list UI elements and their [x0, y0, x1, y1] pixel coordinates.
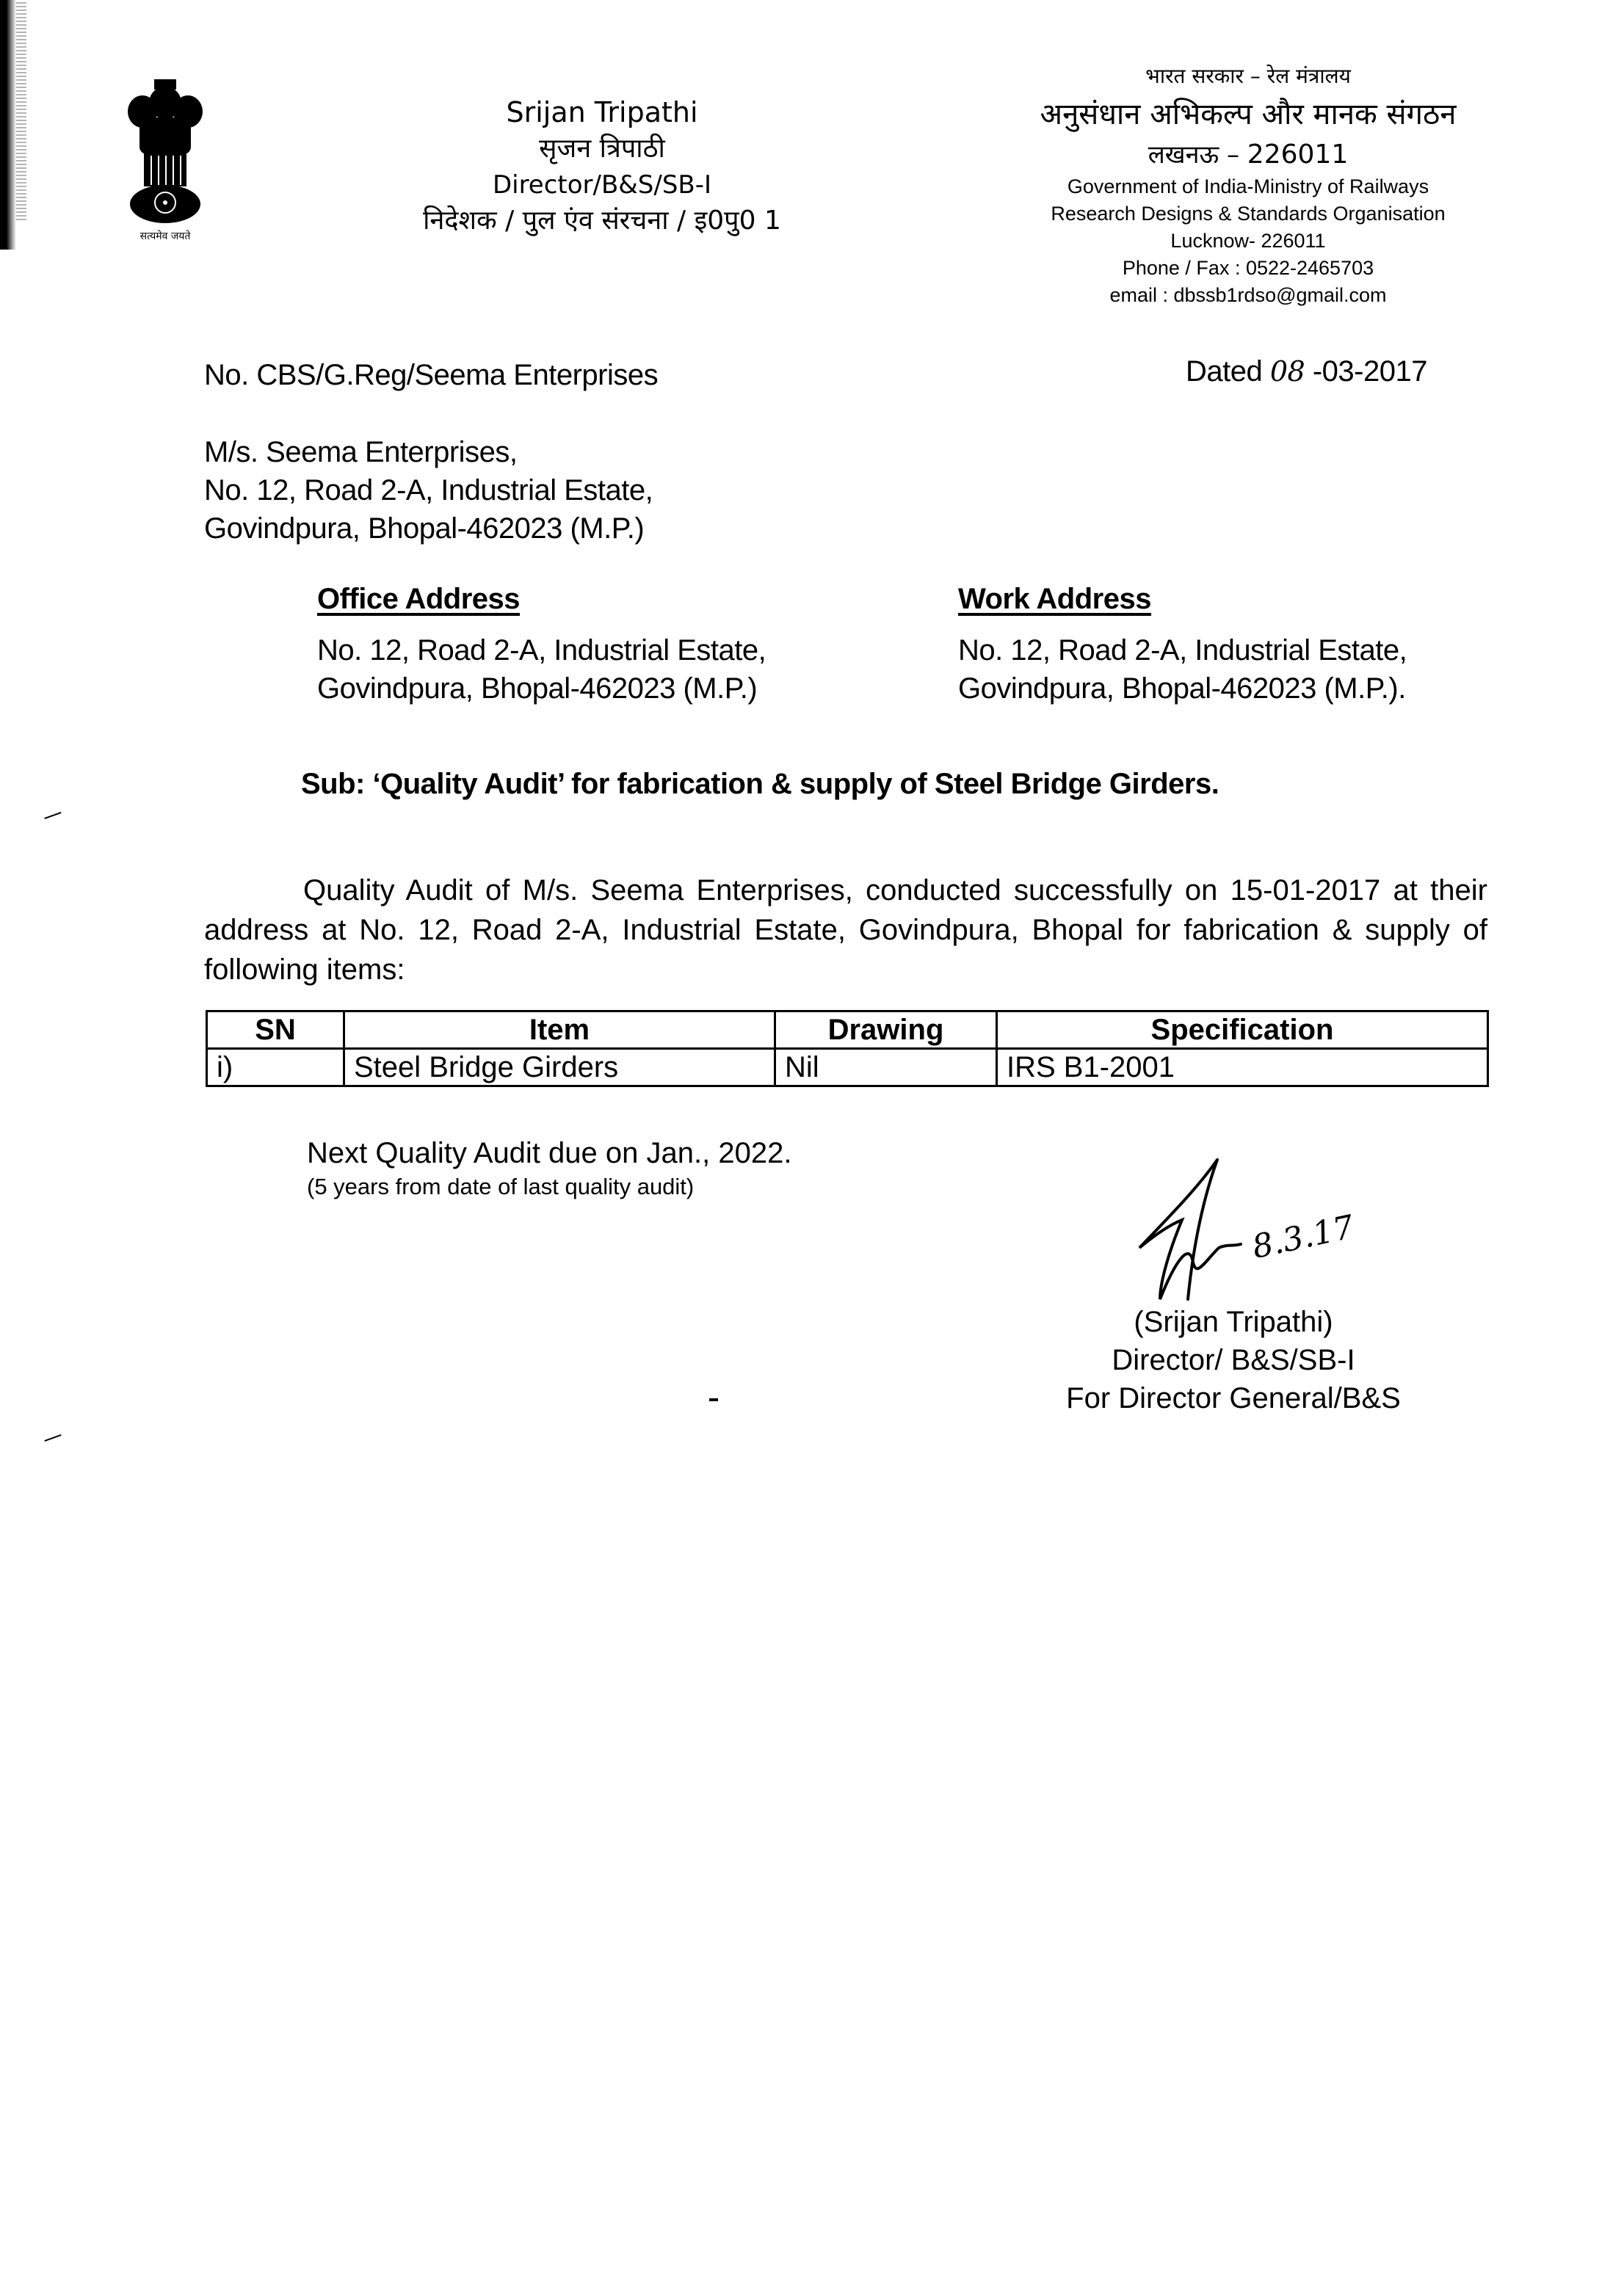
officer-name-hi: सृजन त्रिपाठी	[352, 131, 852, 167]
signatory-name: (Srijan Tripathi)	[976, 1303, 1490, 1341]
national-emblem-icon	[117, 73, 213, 228]
office-address-line: Govindpura, Bhopal-462023 (M.P.)	[317, 669, 766, 708]
signatory-block: (Srijan Tripathi) Director/ B&S/SB-I For…	[976, 1303, 1490, 1417]
table-row: i) Steel Bridge Girders Nil IRS B1-2001	[207, 1049, 1488, 1086]
next-audit-block: Next Quality Audit due on Jan., 2022. (5…	[307, 1134, 791, 1202]
cell-drawing: Nil	[775, 1049, 997, 1086]
cell-sn: i)	[207, 1049, 344, 1086]
reference-number: No. CBS/G.Reg/Seema Enterprises	[204, 356, 658, 394]
org-line-en-2: Research Designs & Standards Organisatio…	[954, 200, 1542, 228]
organisation-block: भारत सरकार – रेल मंत्रालय अनुसंधान अभिकल…	[954, 60, 1542, 309]
subject-line: Sub: ‘Quality Audit’ for fabrication & s…	[301, 765, 1219, 803]
work-address: Work Address No. 12, Road 2-A, Industria…	[958, 580, 1407, 708]
addressee-line: M/s. Seema Enterprises,	[204, 433, 653, 471]
signatory-designation: Director/ B&S/SB-I	[976, 1341, 1490, 1379]
org-line-hi-3: लखनऊ – 226011	[954, 137, 1542, 173]
work-address-line: Govindpura, Bhopal-462023 (M.P.).	[958, 669, 1407, 708]
dated-handwritten-day: 08	[1270, 355, 1305, 388]
column-header-drawing: Drawing	[775, 1011, 997, 1049]
scan-speck	[709, 1398, 718, 1401]
org-email: email : dbssb1rdso@gmail.com	[954, 282, 1542, 309]
scan-speck	[44, 1434, 61, 1442]
body-paragraph: Quality Audit of M/s. Seema Enterprises,…	[204, 871, 1487, 989]
org-line-en-3: Lucknow- 226011	[954, 228, 1542, 255]
items-table: SN Item Drawing Specification i) Steel B…	[206, 1010, 1489, 1087]
org-pin: 226011	[1247, 139, 1348, 170]
office-address-line: No. 12, Road 2-A, Industrial Estate,	[317, 631, 766, 669]
cell-item: Steel Bridge Girders	[344, 1049, 775, 1086]
org-city-hi: लखनऊ –	[1148, 140, 1239, 170]
officer-block: Srijan Tripathi सृजन त्रिपाठी Director/B…	[352, 94, 852, 239]
officer-name-en: Srijan Tripathi	[352, 94, 852, 131]
addressee-line: No. 12, Road 2-A, Industrial Estate,	[204, 471, 653, 509]
org-phone-fax: Phone / Fax : 0522-2465703	[954, 255, 1542, 282]
column-header-sn: SN	[207, 1011, 344, 1049]
column-header-specification: Specification	[997, 1011, 1488, 1049]
column-header-item: Item	[344, 1011, 775, 1049]
next-audit-note: (5 years from date of last quality audit…	[307, 1172, 791, 1202]
officer-designation-en: Director/B&S/SB-I	[352, 167, 852, 203]
emblem-motto: सत्यमेव जयते	[117, 229, 213, 243]
next-audit-line: Next Quality Audit due on Jan., 2022.	[307, 1134, 791, 1172]
national-emblem: सत्यमेव जयते	[117, 73, 213, 242]
office-address: Office Address No. 12, Road 2-A, Industr…	[317, 580, 766, 708]
org-line-hi-2: अनुसंधान अभिकल्प और मानक संगठन	[954, 92, 1542, 137]
work-address-heading: Work Address	[958, 580, 1407, 618]
scan-edge-noise	[16, 0, 26, 220]
org-line-en-1: Government of India-Ministry of Railways	[954, 173, 1542, 200]
addressee-line: Govindpura, Bhopal-462023 (M.P.)	[204, 509, 653, 548]
body-text: Quality Audit of M/s. Seema Enterprises,…	[204, 874, 1487, 986]
work-address-line: No. 12, Road 2-A, Industrial Estate,	[958, 631, 1407, 669]
letter-date: Dated 08 -03-2017	[1186, 352, 1427, 390]
dated-rest: -03-2017	[1313, 355, 1427, 388]
signatory-for: For Director General/B&S	[976, 1379, 1490, 1417]
table-header-row: SN Item Drawing Specification	[207, 1011, 1488, 1049]
office-address-heading: Office Address	[317, 580, 766, 618]
cell-specification: IRS B1-2001	[997, 1049, 1488, 1086]
scan-edge-shadow	[0, 0, 16, 250]
addressee-block: M/s. Seema Enterprises, No. 12, Road 2-A…	[204, 433, 653, 548]
officer-designation-hi: निदेशक / पुल एंव संरचना / इ0पु0 1	[352, 203, 852, 239]
org-line-hi-1: भारत सरकार – रेल मंत्रालय	[954, 60, 1542, 92]
dated-label: Dated	[1186, 355, 1262, 388]
scan-speck	[44, 812, 61, 819]
